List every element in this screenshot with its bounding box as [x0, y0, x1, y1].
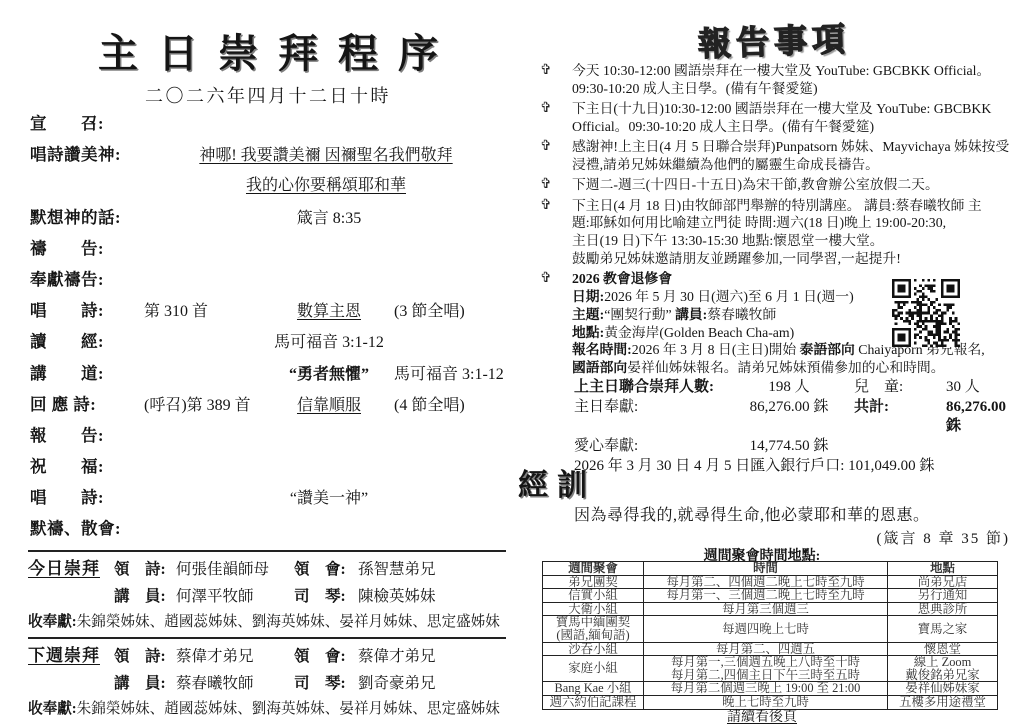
announcement-line: 09:30-10:20 成人主日學。(備有午餐愛筵) — [572, 80, 1014, 98]
meeting-time-line: 每月第二、四個週二晚上七時至九時 — [644, 576, 887, 589]
announcement-line: 主日(19 日)下午 13:30-15:30 地點:懷恩堂一樓大堂。 — [572, 232, 1014, 250]
duty-role-label: 講 員: — [114, 583, 176, 610]
meeting-name: Bang Kae 小組 — [543, 682, 644, 696]
duty-role-label: 領 詩: — [114, 643, 176, 670]
announcement-item: ✞今天 10:30-12:00 國語崇拜在一樓大堂及 YouTube: GBCB… — [534, 62, 1014, 98]
meeting-time: 每月第二、四週五 — [644, 642, 888, 656]
meeting-location-line: 懷恩堂 — [888, 643, 997, 656]
announcement-line: 下主日(4 月 18 日)由牧師部門舉辦的特別講座。 講員:蔡春曦牧師 主 — [572, 197, 1014, 215]
duty-offering-row: 收奉獻:朱錦榮姊妹、趙國蕊姊妹、劉海英姊妹、晏祥月姊妹、思定盛姊妹 — [28, 697, 506, 722]
stats-total-label: 共計: — [854, 398, 946, 418]
cross-bullet-icon: ✞ — [540, 270, 552, 288]
duty-offering-row: 收奉獻:朱錦榮姊妹、趙國蕊姊妹、劉海英姊妹、晏祥月姊妹、思定盛姊妹 — [28, 610, 506, 635]
cross-bullet-icon: ✞ — [540, 100, 552, 118]
announcement-text: “團契行動” — [604, 307, 675, 322]
duty-section: 今日崇拜領 詩:何張佳韻師母領 會:孫智慧弟兄講 員:何澤平牧師司 琴:陳檢英姊… — [28, 552, 506, 639]
meeting-time: 每月第二、四個週二晚上七時至九時 — [644, 575, 888, 589]
meeting-name: 弟兄團契 — [543, 575, 644, 589]
meeting-name-line: 信實小組 — [543, 589, 643, 602]
announcement-text: 蔡春曦牧師 — [707, 307, 776, 322]
duty-section-title: 今日崇拜 — [28, 555, 114, 582]
meeting-location: 恩典診所 — [888, 602, 998, 616]
worship-item-label: 禱 告: — [30, 235, 144, 259]
meeting-location: 尚弟兄店 — [888, 575, 998, 589]
meeting-location-line: 恩典診所 — [888, 603, 997, 616]
meeting-time-line: 每月第二個週三晚上 19:00 至 21:00 — [644, 682, 887, 695]
worship-row: 報 告: — [30, 422, 508, 453]
announcement-text: 2026 教會退修會 — [572, 271, 672, 286]
announcement-text: 主日(19 日)下午 13:30-15:30 地點:懷恩堂一樓大堂。 — [572, 233, 884, 248]
stats-attendance-label: 上主日聯合崇拜人數: — [574, 378, 724, 398]
worship-item-note: (3 節全唱) — [394, 298, 508, 321]
cross-bullet-icon: ✞ — [540, 62, 552, 80]
cross-bullet-icon: ✞ — [540, 197, 552, 215]
announcement-text: 09:30-10:20 成人主日學。(備有午餐愛筵) — [572, 81, 818, 96]
duty-row: 講 員:蔡春曦牧師司 琴:劉奇豪弟兄 — [28, 670, 506, 697]
meeting-name-line: Bang Kae 小組 — [543, 682, 643, 695]
worship-item-value: 箴言 8:35 — [264, 205, 394, 228]
worship-row: 講 道:“勇者無懼”馬可福音 3:1-12 — [30, 360, 508, 391]
announcement-line: 今天 10:30-12:00 國語崇拜在一樓大堂及 YouTube: GBCBK… — [572, 62, 1014, 80]
announcement-text: 下主日(十九日)10:30-12:00 國語崇拜在一樓大堂及 YouTube: … — [572, 101, 991, 116]
scripture-heading: 經訓 — [518, 460, 596, 504]
worship-row: 唱 詩:第 310 首數算主恩(3 節全唱) — [30, 297, 508, 328]
worship-item-label: 回 應 詩: — [30, 391, 144, 415]
stats-attendance-value: 198 人 — [724, 378, 854, 398]
meetings-row: 沙吞小組每月第二、四週五懷恩堂 — [543, 642, 998, 656]
duty-person: 蔡偉才弟兄 — [358, 643, 506, 670]
worship-item-hymn-number: 第 310 首 — [144, 298, 264, 321]
announcement-text: Official。09:30-10:20 成人主日學。(備有午餐愛筵) — [572, 119, 874, 134]
meeting-time-line: 每週四晚上七時 — [644, 623, 887, 636]
duty-role-label: 領 詩: — [114, 556, 176, 583]
announcement-line: 浸禮,請弟兄姊妹繼續為他們的屬靈生命成長禱告。 — [572, 156, 1014, 174]
worship-item-label: 唱詩讚美神: — [30, 141, 144, 165]
announcement-item: ✞感謝神!上主日(4 月 5 日聯合崇拜)Punpatsorn 姊妹、Mayvi… — [534, 138, 1014, 174]
duty-person: 劉奇豪弟兄 — [358, 670, 506, 697]
meeting-time: 每月第一,三個週五晚上八時至十時每月第二,四個主日下午三時至五時 — [644, 656, 888, 682]
meeting-location-line: 晏祥仙姊妹家 — [888, 682, 997, 695]
announcement-item: ✞2026 教會退修會日期:2026 年 5 月 30 日(週六)至 6 月 1… — [534, 270, 1014, 377]
meetings-table-body: 弟兄團契每月第二、四個週二晚上七時至九時尚弟兄店信實小組每月第一、三個週二晚上七… — [543, 575, 998, 709]
announcement-text: 鼓勵弟兄姊妹邀請朋友並踴躍參加,一同學習,一起提升! — [572, 251, 901, 266]
announcement-text: 2026 年 3 月 8 日(主日)開始 — [632, 342, 800, 357]
meeting-location-line: 另行通知 — [888, 589, 997, 602]
meeting-time: 每週四晚上七時 — [644, 616, 888, 642]
worship-item-note: 馬可福音 3:1-12 — [394, 361, 508, 384]
scripture-verse: 因為尋得我的,就尋得生命,他必蒙耶和華的恩惠。 — [574, 502, 930, 525]
announcement-text: 下主日(4 月 18 日)由牧師部門舉辦的特別講座。 講員:蔡春曦牧師 主 — [572, 198, 982, 213]
meeting-name: 沙吞小組 — [543, 642, 644, 656]
worship-item-value: “讚美一神” — [264, 485, 394, 508]
worship-item-value: 信靠順服 — [264, 392, 394, 415]
announcement-text: 主題: — [572, 307, 604, 322]
worship-row: 禱 告: — [30, 235, 508, 266]
stats-row: 主日奉獻: 86,276.00 銖 共計: 86,276.00 銖 — [574, 398, 1010, 437]
meetings-column-header: 週間聚會 — [543, 562, 644, 576]
worship-item-value: 神哪! 我要讚美禰 因禰聖名我們敬拜 — [144, 142, 508, 165]
worship-row: 奉獻禱告: — [30, 266, 508, 297]
announcement-text: 國語部向 — [572, 360, 627, 375]
announcement-text: 2026 年 5 月 30 日(週六)至 6 月 1 日(週一) — [604, 289, 853, 304]
meeting-time-line: 每月第三個週三 — [644, 603, 887, 616]
duty-row: 今日崇拜領 詩:何張佳韻師母領 會:孫智慧弟兄 — [28, 555, 506, 583]
worship-item-label: 唱 詩: — [30, 484, 144, 508]
meeting-name: 寶馬中緬團契(國語,緬甸語) — [543, 616, 644, 642]
meetings-table-head: 週間聚會時間地點 — [543, 562, 998, 576]
announcement-line: 下主日(十九日)10:30-12:00 國語崇拜在一樓大堂及 YouTube: … — [572, 100, 1014, 118]
announcement-text: 下週二-週三(十四日-十五日)為宋干節,教會辦公室放假二天。 — [572, 177, 939, 192]
meetings-header-row: 週間聚會時間地點 — [543, 562, 998, 576]
stats-children-value: 30 人 — [946, 378, 1010, 398]
meeting-location: 另行通知 — [888, 589, 998, 603]
duty-role-label: 領 會: — [294, 556, 358, 583]
stats-sunday-offering-label: 主日奉獻: — [574, 398, 724, 418]
meeting-location-line: 戴俊銘弟兄家 — [888, 669, 997, 682]
announcement-item: ✞下主日(4 月 18 日)由牧師部門舉辦的特別講座。 講員:蔡春曦牧師 主題:… — [534, 197, 1014, 268]
duty-role-label: 司 琴: — [294, 670, 358, 697]
meeting-time: 每月第一、三個週二晚上七時至九時 — [644, 589, 888, 603]
duty-person: 陳檢英姊妹 — [358, 583, 506, 610]
meeting-name-line: 弟兄團契 — [543, 576, 643, 589]
meeting-time-line: 每月第二,四個主日下午三時至五時 — [644, 669, 887, 682]
stats-sunday-offering-value: 86,276.00 銖 — [724, 398, 854, 418]
worship-item-value: 馬可福音 3:1-12 — [264, 329, 394, 352]
worship-row: 唱詩讚美神:神哪! 我要讚美禰 因禰聖名我們敬拜 — [30, 141, 508, 172]
meeting-name: 大衛小組 — [543, 602, 644, 616]
duty-role-label: 司 琴: — [294, 583, 358, 610]
meeting-location: 懷恩堂 — [888, 642, 998, 656]
duty-person: 蔡春曦牧師 — [176, 670, 294, 697]
announcement-line: 鼓勵弟兄姊妹邀請朋友並踴躍參加,一同學習,一起提升! — [572, 250, 1014, 268]
announcement-text: 講員: — [675, 307, 707, 322]
cross-bullet-icon: ✞ — [540, 138, 552, 156]
worship-row: 默想神的話:箴言 8:35 — [30, 204, 508, 235]
meetings-row: 大衛小組每月第三個週三恩典診所 — [543, 602, 998, 616]
meeting-name: 家庭小組 — [543, 656, 644, 682]
announcement-line: 感謝神!上主日(4 月 5 日聯合崇拜)Punpatsorn 姊妹、Mayvic… — [572, 138, 1014, 156]
worship-row: 我的心你要稱頌耶和華 — [30, 172, 508, 203]
continue-next-page-note: 請續看後頁 — [534, 706, 990, 724]
stats-children-label: 兒 童: — [854, 378, 946, 398]
meeting-time-line: 每月第一、三個週二晚上七時至九時 — [644, 589, 887, 602]
duty-person: 何澤平牧師 — [176, 583, 294, 610]
stats-row: 上主日聯合崇拜人數: 198 人 兒 童: 30 人 — [574, 378, 1010, 398]
announcement-line: Official。09:30-10:20 成人主日學。(備有午餐愛筵) — [572, 118, 1014, 136]
worship-item-value: 我的心你要稱頌耶和華 — [144, 172, 508, 195]
meetings-table: 週間聚會時間地點 弟兄團契每月第二、四個週二晚上七時至九時尚弟兄店信實小組每月第… — [542, 561, 998, 710]
meeting-name-line: (國語,緬甸語) — [543, 629, 643, 642]
duty-offering-label: 收奉獻: — [28, 701, 77, 717]
announcement-text: 黃金海岸(Golden Beach Cha-am) — [604, 325, 794, 340]
announcement-text: 日期: — [572, 289, 604, 304]
announcement-text: 晏祥仙姊妹報名。請弟兄姊妹預備參加的心和時間。 — [627, 360, 944, 375]
announcement-item: ✞下週二-週三(十四日-十五日)為宋干節,教會辦公室放假二天。 — [534, 176, 1014, 194]
announcement-text: 浸禮,請弟兄姊妹繼續為他們的屬靈生命成長禱告。 — [572, 157, 879, 172]
worship-item-label: 報 告: — [30, 422, 144, 446]
announcement-text: 感謝神!上主日(4 月 5 日聯合崇拜)Punpatsorn 姊妹、Mayvic… — [572, 139, 1009, 154]
meeting-time: 每月第三個週三 — [644, 602, 888, 616]
worship-item-label: 讀 經: — [30, 328, 144, 352]
meeting-location: 線上 Zoom戴俊銘弟兄家 — [888, 656, 998, 682]
announcement-line: 下週二-週三(十四日-十五日)為宋干節,教會辦公室放假二天。 — [572, 176, 1014, 194]
worship-row: 宣 召: — [30, 110, 508, 141]
worship-item-hymn-number: (呼召)第 389 首 — [144, 392, 264, 415]
announcements-list: ✞今天 10:30-12:00 國語崇拜在一樓大堂及 YouTube: GBCB… — [534, 62, 1014, 380]
stats-bank-transfer: 2026 年 3 月 30 日 4 月 5 日匯入銀行戶口: 101,049.0… — [574, 456, 1010, 477]
duty-section-title: 下週崇拜 — [28, 642, 114, 669]
meeting-location-line: 尚弟兄店 — [888, 576, 997, 589]
duty-offering-names: 朱錦榮姊妹、趙國蕊姊妹、劉海英姊妹、晏祥月姊妹、思定盛姊妹 — [77, 614, 500, 630]
meeting-name-line: 大衛小組 — [543, 603, 643, 616]
worship-list: 宣 召:唱詩讚美神:神哪! 我要讚美禰 因禰聖名我們敬拜我的心你要稱頌耶和華默想… — [30, 110, 508, 547]
duty-row: 下週崇拜領 詩:蔡偉才弟兄領 會:蔡偉才弟兄 — [28, 642, 506, 670]
duty-area: 今日崇拜領 詩:何張佳韻師母領 會:孫智慧弟兄講 員:何澤平牧師司 琴:陳檢英姊… — [28, 550, 506, 724]
meeting-time-line: 每月第一,三個週五晚上八時至十時 — [644, 656, 887, 669]
stats-love-offering-value: 14,774.50 銖 — [724, 437, 854, 457]
cross-bullet-icon: ✞ — [540, 176, 552, 194]
worship-row: 默禱、散會: — [30, 515, 508, 546]
meetings-column-header: 地點 — [888, 562, 998, 576]
stats-row: 愛心奉獻: 14,774.50 銖 — [574, 437, 1010, 457]
meeting-time: 每月第二個週三晚上 19:00 至 21:00 — [644, 682, 888, 696]
worship-item-label: 默想神的話: — [30, 204, 144, 228]
meetings-row: 家庭小組每月第一,三個週五晚上八時至十時每月第二,四個主日下午三時至五時線上 Z… — [543, 656, 998, 682]
worship-item-value: 數算主恩 — [264, 298, 394, 321]
meeting-name: 信實小組 — [543, 589, 644, 603]
meetings-row: 弟兄團契每月第二、四個週二晚上七時至九時尚弟兄店 — [543, 575, 998, 589]
qr-code — [892, 279, 960, 347]
announcement-text: 題:耶穌如何用比喻建立門徒 時間:週六(18 日)晚上 19:00-20:30, — [572, 215, 946, 230]
meeting-name-line: 家庭小組 — [543, 662, 643, 675]
meeting-location-line: 寶馬之家 — [888, 623, 997, 636]
duty-person: 蔡偉才弟兄 — [176, 643, 294, 670]
bulletin-page: 主日崇拜程序 二〇二六年四月十二日十時 宣 召:唱詩讚美神:神哪! 我要讚美禰 … — [0, 0, 1024, 724]
announcement-line: 題:耶穌如何用比喻建立門徒 時間:週六(18 日)晚上 19:00-20:30, — [572, 214, 1014, 232]
worship-item-value: “勇者無懼” — [264, 361, 394, 384]
worship-title: 主日崇拜程序 — [28, 22, 508, 79]
meeting-location: 晏祥仙姊妹家 — [888, 682, 998, 696]
stats-block: 上主日聯合崇拜人數: 198 人 兒 童: 30 人 主日奉獻: 86,276.… — [574, 378, 1010, 477]
meeting-location-line: 線上 Zoom — [888, 656, 997, 669]
worship-item-label: 宣 召: — [30, 110, 144, 134]
announcement-text: 今天 10:30-12:00 國語崇拜在一樓大堂及 YouTube: GBCBK… — [572, 63, 990, 78]
worship-item-note: (4 節全唱) — [394, 392, 508, 415]
worship-row: 回 應 詩:(呼召)第 389 首信靠順服(4 節全唱) — [30, 391, 508, 422]
announcement-item: ✞下主日(十九日)10:30-12:00 國語崇拜在一樓大堂及 YouTube:… — [534, 100, 1014, 136]
duty-offering-label: 收奉獻: — [28, 614, 77, 630]
duty-offering-names: 朱錦榮姊妹、趙國蕊姊妹、劉海英姊妹、晏祥月姊妹、思定盛姊妹 — [77, 701, 500, 717]
meetings-row: Bang Kae 小組每月第二個週三晚上 19:00 至 21:00晏祥仙姊妹家 — [543, 682, 998, 696]
duty-role-label: 講 員: — [114, 670, 176, 697]
meetings-column-header: 時間 — [644, 562, 888, 576]
worship-date: 二〇二六年四月十二日十時 — [28, 82, 508, 108]
worship-item-label: 講 道: — [30, 360, 144, 384]
duty-section: 下週崇拜領 詩:蔡偉才弟兄領 會:蔡偉才弟兄講 員:蔡春曦牧師司 琴:劉奇豪弟兄… — [28, 639, 506, 724]
worship-item-label: 奉獻禱告: — [30, 266, 144, 290]
announcement-text: 地點: — [572, 325, 604, 340]
worship-item-label: 祝 福: — [30, 453, 144, 477]
meeting-name-line: 沙吞小組 — [543, 643, 643, 656]
duty-person: 何張佳韻師母 — [176, 556, 294, 583]
worship-row: 讀 經:馬可福音 3:1-12 — [30, 328, 508, 359]
worship-row: 祝 福: — [30, 453, 508, 484]
meeting-time-line: 每月第二、四週五 — [644, 643, 887, 656]
announcements-column: 報告事項 ✞今天 10:30-12:00 國語崇拜在一樓大堂及 YouTube:… — [534, 10, 1014, 722]
meetings-row: 信實小組每月第一、三個週二晚上七時至九時另行通知 — [543, 589, 998, 603]
worship-item-label: 默禱、散會: — [30, 515, 144, 539]
announcement-text: 報名時間: — [572, 342, 632, 357]
worship-row: 唱 詩:“讚美一神” — [30, 484, 508, 515]
stats-total-value: 86,276.00 銖 — [946, 398, 1010, 437]
duty-role-label: 領 會: — [294, 643, 358, 670]
duty-person: 孫智慧弟兄 — [358, 556, 506, 583]
meeting-location: 寶馬之家 — [888, 616, 998, 642]
meetings-row: 寶馬中緬團契(國語,緬甸語)每週四晚上七時寶馬之家 — [543, 616, 998, 642]
announcement-text: 泰語部向 — [800, 342, 855, 357]
worship-column: 主日崇拜程序 二〇二六年四月十二日十時 宣 召:唱詩讚美神:神哪! 我要讚美禰 … — [28, 18, 508, 720]
worship-item-label: 唱 詩: — [30, 297, 144, 321]
announcement-line: 國語部向晏祥仙姊妹報名。請弟兄姊妹預備參加的心和時間。 — [572, 359, 1014, 377]
stats-love-offering-label: 愛心奉獻: — [574, 437, 724, 457]
duty-row: 講 員:何澤平牧師司 琴:陳檢英姊妹 — [28, 583, 506, 610]
